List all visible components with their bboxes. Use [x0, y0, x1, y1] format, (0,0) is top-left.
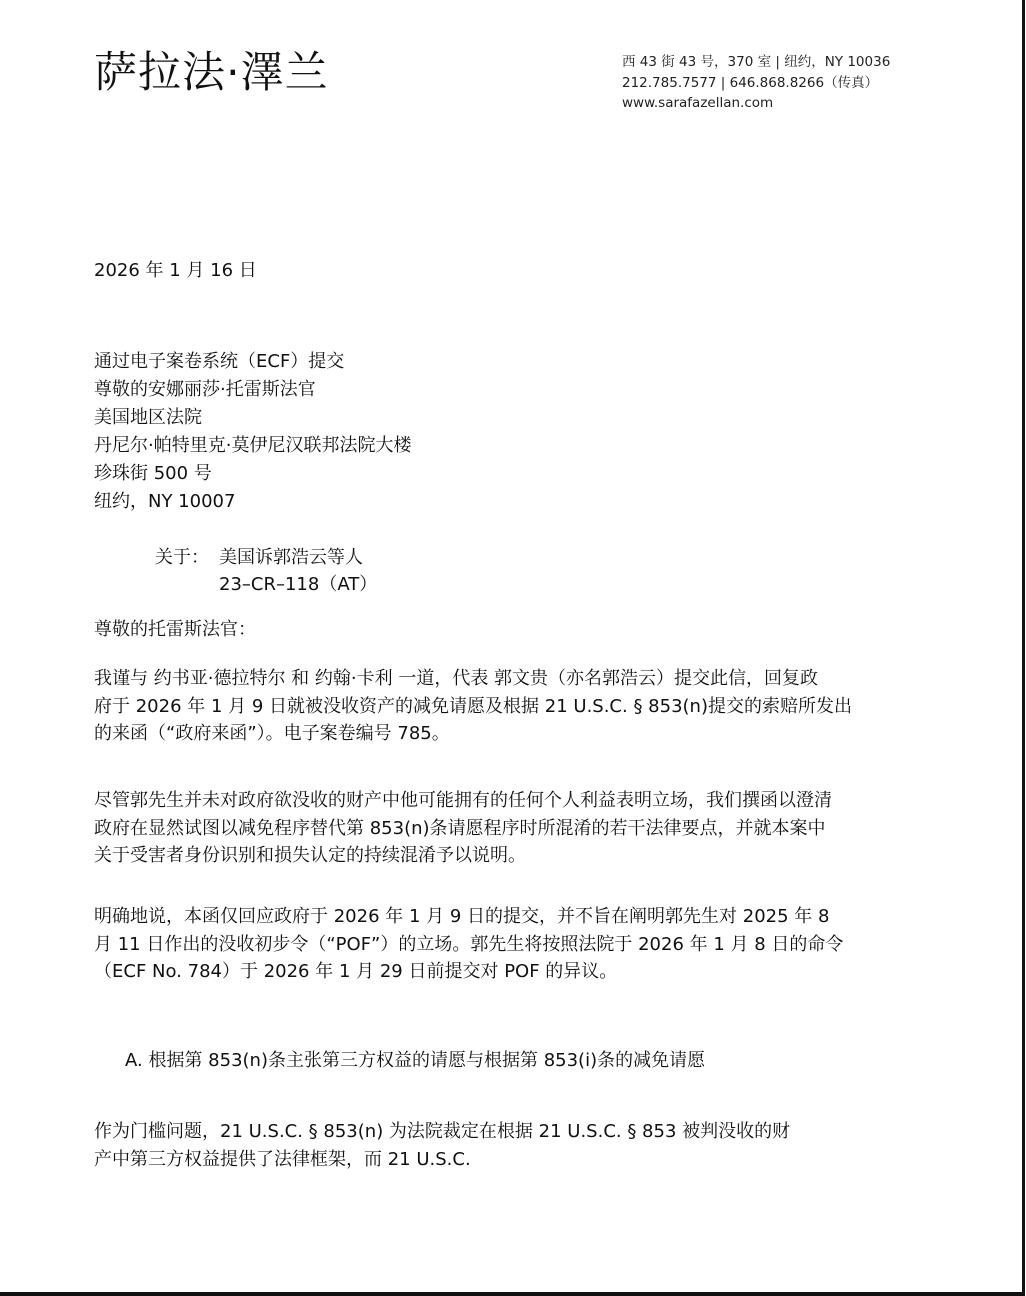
body-paragraph-3: 明确地说，本函仅回应政府于 2026 年 1 月 9 日的提交，并不旨在阐明郭先…	[94, 903, 964, 986]
letterhead-contact: 西 43 街 43 号，370 室 | 纽约，NY 10036 212.785.…	[622, 52, 890, 114]
recipient-city: 纽约，NY 10007	[94, 488, 411, 516]
paragraph-line: 产中第三方权益提供了法律框架，而 21 U.S.C.	[94, 1146, 964, 1174]
paragraph-line: 府于 2026 年 1 月 9 日就被没收资产的减免请愿及根据 21 U.S.C…	[94, 693, 964, 721]
recipient-street: 珍珠街 500 号	[94, 460, 411, 488]
letter-page: 萨拉法·澤兰 西 43 街 43 号，370 室 | 纽约，NY 10036 2…	[0, 0, 1025, 1296]
case-number: 23–CR–118（AT）	[219, 571, 377, 598]
firm-website-link[interactable]: www.sarafazellan.com	[622, 93, 890, 114]
body-paragraph-2: 尽管郭先生并未对政府欲没收的财产中他可能拥有的任何个人利益表明立场，我们撰函以澄…	[94, 787, 964, 870]
delivery-method: 通过电子案卷系统（ECF）提交	[94, 348, 411, 376]
body-paragraph-4: 作为门槛问题，21 U.S.C. § 853(n) 为法院裁定在根据 21 U.…	[94, 1118, 964, 1173]
paragraph-line: 作为门槛问题，21 U.S.C. § 853(n) 为法院裁定在根据 21 U.…	[94, 1118, 964, 1146]
paragraph-line: 明确地说，本函仅回应政府于 2026 年 1 月 9 日的提交，并不旨在阐明郭先…	[94, 903, 964, 931]
firm-phone-fax: 212.785.7577 | 646.868.8266（传真）	[622, 73, 890, 94]
paragraph-line: 政府在显然试图以减免程序替代第 853(n)条请愿程序时所混淆的若干法律要点，并…	[94, 815, 964, 843]
body-paragraph-1: 我谨与 约书亚·德拉特尔 和 约翰·卡利 一道，代表 郭文贵（亦名郭浩云）提交此…	[94, 665, 964, 748]
recipient-judge: 尊敬的安娜丽莎·托雷斯法官	[94, 376, 411, 404]
re-label: 关于：	[155, 544, 219, 598]
recipient-court: 美国地区法院	[94, 404, 411, 432]
letter-date: 2026 年 1 月 16 日	[94, 260, 257, 282]
paragraph-line: 尽管郭先生并未对政府欲没收的财产中他可能拥有的任何个人利益表明立场，我们撰函以澄…	[94, 787, 964, 815]
paragraph-line: （ECF No. 784）于 2026 年 1 月 29 日前提交对 POF 的…	[94, 958, 964, 986]
paragraph-line: 月 11 日作出的没收初步令（“POF”）的立场。郭先生将按照法院于 2026 …	[94, 931, 964, 959]
firm-name-logo: 萨拉法·澤兰	[94, 52, 329, 95]
recipient-address-block: 通过电子案卷系统（ECF）提交 尊敬的安娜丽莎·托雷斯法官 美国地区法院 丹尼尔…	[94, 348, 411, 516]
salutation: 尊敬的托雷斯法官：	[94, 618, 256, 642]
case-caption: 美国诉郭浩云等人	[219, 544, 377, 571]
paragraph-line: 的来函（“政府来函”）。电子案卷编号 785。	[94, 720, 964, 748]
firm-address: 西 43 街 43 号，370 室 | 纽约，NY 10036	[622, 52, 890, 73]
re-block: 关于： 美国诉郭浩云等人 23–CR–118（AT）	[155, 544, 377, 598]
paragraph-line: 关于受害者身份识别和损失认定的持续混淆予以说明。	[94, 842, 964, 870]
section-heading-a: A. 根据第 853(n)条主张第三方权益的请愿与根据第 853(i)条的减免请…	[125, 1049, 705, 1073]
paragraph-line: 我谨与 约书亚·德拉特尔 和 约翰·卡利 一道，代表 郭文贵（亦名郭浩云）提交此…	[94, 665, 964, 693]
recipient-building: 丹尼尔·帕特里克·莫伊尼汉联邦法院大楼	[94, 432, 411, 460]
